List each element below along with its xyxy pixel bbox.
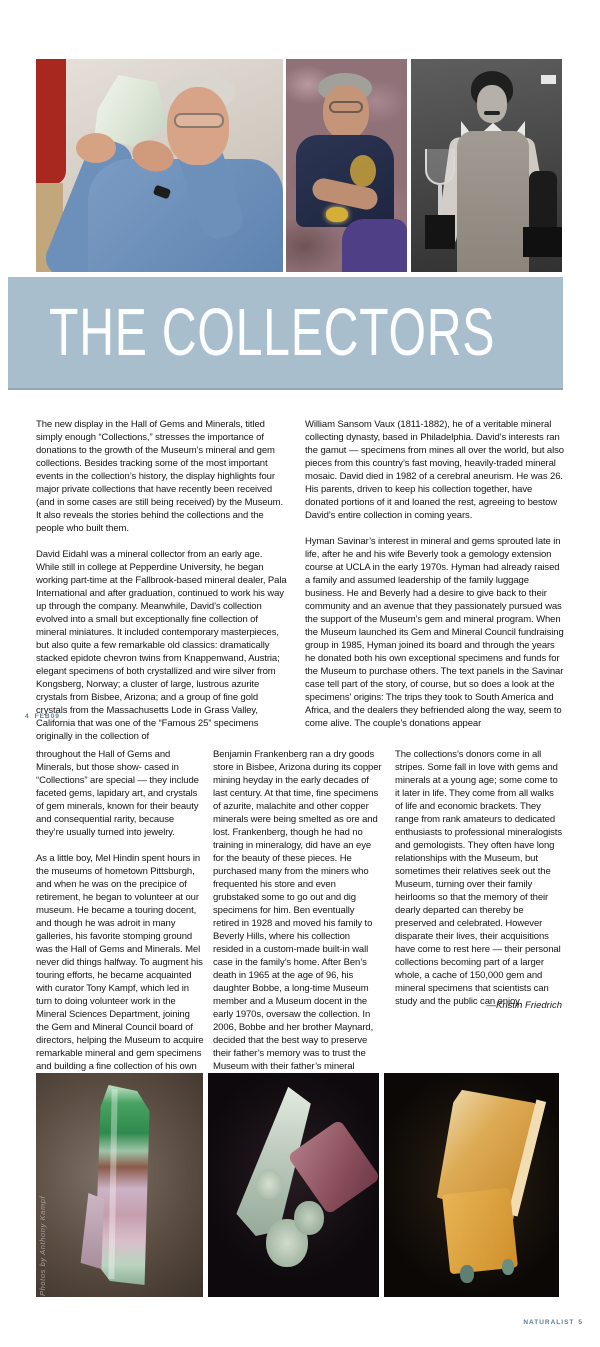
issue-label: FEB09	[35, 713, 60, 720]
page-number-left: 4	[25, 713, 30, 720]
article-column-4: Benjamin Frankenberg ran a dry goods sto…	[213, 748, 382, 1099]
title-banner: THE COLLECTORS	[8, 277, 563, 390]
magazine-page: THE COLLECTORS The new display in the Ha…	[0, 0, 600, 1347]
paragraph: The new display in the Hall of Gems and …	[36, 418, 288, 535]
mustache-shape	[484, 111, 500, 115]
trophy-silhouette-shape	[529, 171, 557, 229]
author-byline: —Kristin Friedrich	[395, 1000, 562, 1011]
paragraph: Benjamin Frankenberg ran a dry goods sto…	[213, 748, 382, 1086]
page-title: THE COLLECTORS	[8, 299, 495, 366]
crystal-blob-shape	[294, 1201, 324, 1235]
glasses-shape	[174, 113, 224, 128]
page-number-right: 5	[578, 1319, 583, 1326]
trophy-cup-shape	[425, 149, 455, 185]
paragraph: William Sansom Vaux (1811-1882), he of a…	[305, 418, 565, 522]
magazine-name: NATURALIST	[523, 1319, 574, 1326]
gold-specimen-shape	[326, 207, 348, 222]
purple-knee-shape	[342, 219, 407, 272]
article-column-2: William Sansom Vaux (1811-1882), he of a…	[305, 418, 565, 743]
article-column-1: The new display in the Hall of Gems and …	[36, 418, 288, 756]
hand-shape	[76, 133, 116, 163]
green-mineral-bit-shape	[460, 1265, 474, 1283]
paragraph: throughout the Hall of Gems and Minerals…	[36, 748, 204, 839]
photo-collector-with-trophies	[411, 59, 562, 272]
green-mineral-bit-shape	[502, 1259, 514, 1275]
crystal-spur-shape	[78, 1193, 104, 1269]
glasses-shape	[329, 101, 363, 113]
trophy-base-shape	[523, 227, 562, 257]
photo-collector-in-field	[286, 59, 407, 272]
shirt-emblem-shape	[350, 155, 376, 187]
folio-right: NATURALIST5	[523, 1319, 583, 1326]
paragraph: The collections’s donors come in all str…	[395, 748, 562, 1008]
trophy-stem-shape	[438, 185, 442, 215]
article-column-3: throughout the Hall of Gems and Minerals…	[36, 748, 204, 1112]
photo-credit: Photos by Anthony Kampf	[38, 1148, 47, 1296]
photo-crystal-cluster	[208, 1073, 379, 1297]
face-shape	[477, 85, 507, 123]
folio-left: 4FEB09	[25, 713, 60, 720]
photo-orange-crystal	[384, 1073, 559, 1297]
sweater-vest-shape	[457, 131, 529, 272]
red-shirt-shape	[36, 59, 66, 185]
paragraph: Hyman Savinar’s interest in mineral and …	[305, 535, 565, 730]
photo-collector-examining-crystal	[36, 59, 283, 272]
paragraph: As a little boy, Mel Hindin spent hours …	[36, 852, 204, 1099]
photo-tourmaline-crystal	[36, 1073, 203, 1297]
exit-sign-shape	[541, 75, 556, 84]
paragraph: David Eidahl was a mineral collector fro…	[36, 548, 288, 743]
crystal-blob-shape	[256, 1169, 282, 1199]
article-column-5: The collections’s donors come in all str…	[395, 748, 562, 1021]
trophy-base-shape	[425, 215, 455, 249]
